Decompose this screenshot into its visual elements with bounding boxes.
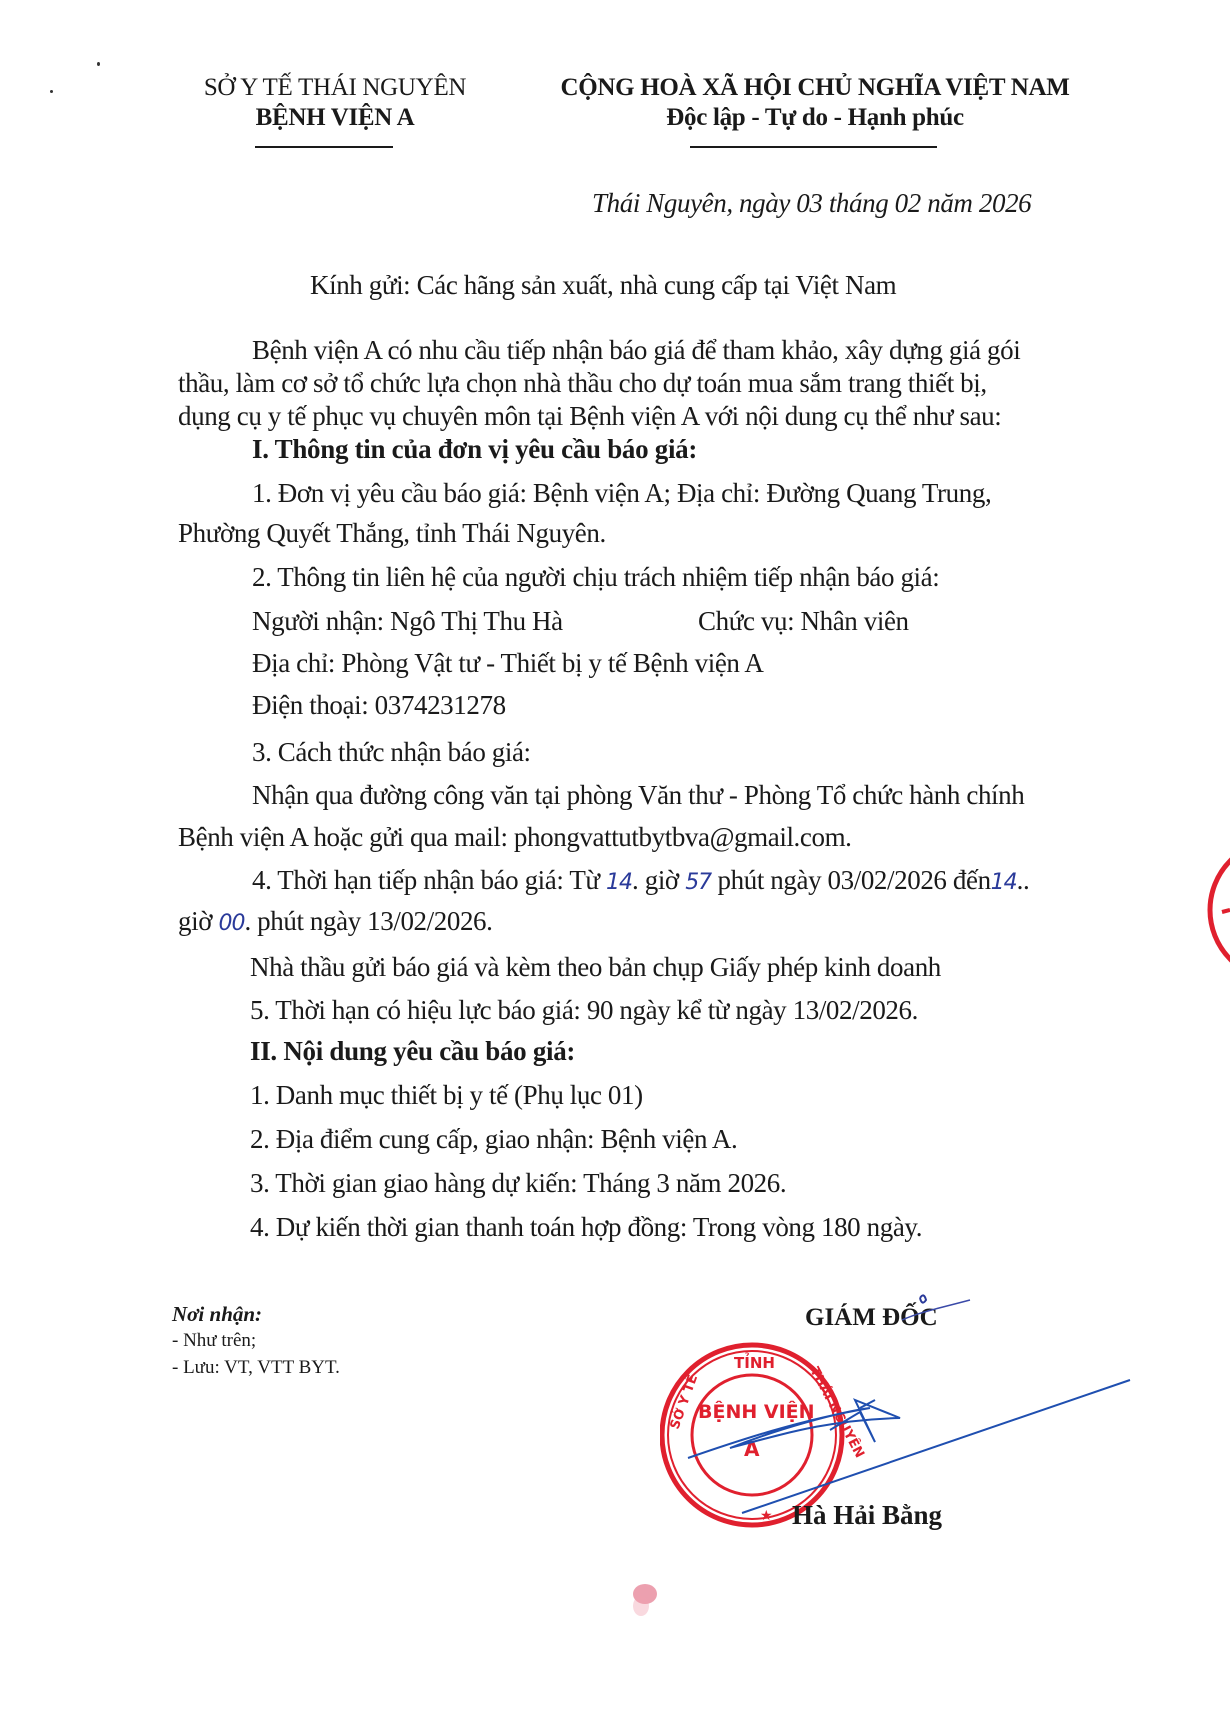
header-hospital: BỆNH VIỆN A — [180, 104, 490, 132]
recipient-item: - Như trên; — [172, 1330, 256, 1352]
section-1-title: I. Thông tin của đơn vị yêu cầu báo giá: — [252, 434, 697, 465]
header-motto: Độc lập - Tự do - Hạnh phúc — [540, 104, 1090, 132]
section-2-item-3: 3. Thời gian giao hàng dự kiến: Tháng 3 … — [250, 1168, 786, 1199]
handwritten-hour-from: 14 — [606, 870, 632, 895]
section-2-item-1: 1. Danh mục thiết bị y tế (Phụ lục 01) — [250, 1080, 643, 1111]
receiver-name: Người nhận: Ngô Thị Thu Hà — [252, 606, 563, 637]
handwritten-hour-to: 14 — [991, 870, 1017, 895]
svg-text:SỞ Y TẾ: SỞ Y TẾ — [666, 1372, 701, 1431]
date-line: Thái Nguyên, ngày 03 tháng 02 năm 2026 — [592, 188, 1031, 219]
signer-name: Hà Hải Bằng — [792, 1500, 942, 1531]
section-1-item-4: 4. Thời hạn tiếp nhận báo giá: Từ 14. gi… — [252, 865, 1029, 896]
section-1-item-2-title: 2. Thông tin liên hệ của người chịu trác… — [252, 562, 939, 593]
intro-line-3: dụng cụ y tế phục vụ chuyên môn tại Bệnh… — [178, 401, 1001, 432]
section-1-item-3-title: 3. Cách thức nhận báo giá: — [252, 737, 531, 768]
receiver-phone: Điện thoại: 0374231278 — [252, 690, 506, 721]
item-4-text-3: phút ngày 03/02/2026 đến — [718, 865, 991, 895]
svg-text:★: ★ — [760, 1509, 773, 1524]
section-1-item-1-cont: Phường Quyết Thắng, tỉnh Thái Nguyên. — [178, 518, 606, 549]
signature-flourish-icon — [900, 1290, 980, 1330]
recipient-item: - Lưu: VT, VTT BYT. — [172, 1357, 340, 1379]
scan-speck — [97, 62, 100, 66]
item-4-text-5: phút ngày 13/02/2026. — [257, 906, 492, 936]
intro-line-2: thầu, làm cơ sở tổ chức lựa chọn nhà thầ… — [178, 368, 987, 399]
svg-text:TỈNH: TỈNH — [734, 1351, 775, 1372]
contractor-note: Nhà thầu gửi báo giá và kèm theo bản chụ… — [250, 952, 941, 983]
section-2-item-2: 2. Địa điểm cung cấp, giao nhận: Bệnh vi… — [250, 1124, 737, 1155]
item-4-text-2: giờ — [645, 865, 679, 895]
item-4-text-4: giờ — [178, 906, 212, 936]
svg-text:BỆNH VIỆN: BỆNH VIỆN — [698, 1399, 815, 1423]
section-2-title: II. Nội dung yêu cầu báo giá: — [250, 1036, 575, 1067]
header-left-rule — [255, 146, 393, 148]
red-ink-smudge-icon — [625, 1580, 665, 1630]
section-1-item-3-line-2: Bệnh viện A hoặc gửi qua mail: phongvatt… — [178, 822, 852, 853]
handwritten-minute-to: 00 — [218, 911, 244, 936]
header-country: CỘNG HOÀ XÃ HỘI CHỦ NGHĨA VIỆT NAM — [540, 74, 1090, 102]
intro-line-1: Bệnh viện A có nhu cầu tiếp nhận báo giá… — [252, 335, 1020, 366]
recipients-title: Nơi nhận: — [172, 1302, 262, 1327]
receiver-address: Địa chỉ: Phòng Vật tư - Thiết bị y tế Bệ… — [252, 648, 763, 679]
header-right-rule — [690, 146, 937, 148]
section-1-item-5: 5. Thời hạn có hiệu lực báo giá: 90 ngày… — [250, 995, 918, 1026]
section-1-item-4-cont: giờ 00. phút ngày 13/02/2026. — [178, 906, 493, 937]
item-4-text-1: 4. Thời hạn tiếp nhận báo giá: Từ — [252, 865, 600, 895]
section-1-item-1: 1. Đơn vị yêu cầu báo giá: Bệnh viện A; … — [252, 478, 991, 509]
section-2-item-4: 4. Dự kiến thời gian thanh toán hợp đồng… — [250, 1212, 922, 1243]
section-1-item-3-line-1: Nhận qua đường công văn tại phòng Văn th… — [252, 780, 1024, 811]
header-agency: SỞ Y TẾ THÁI NGUYÊN — [180, 74, 490, 102]
receiver-position: Chức vụ: Nhân viên — [698, 606, 909, 637]
handwritten-minute-from: 57 — [685, 870, 711, 895]
partial-edge-seal-icon — [1200, 830, 1230, 990]
scan-speck — [50, 90, 53, 93]
recipient-line: Kính gửi: Các hãng sản xuất, nhà cung cấ… — [310, 270, 896, 301]
